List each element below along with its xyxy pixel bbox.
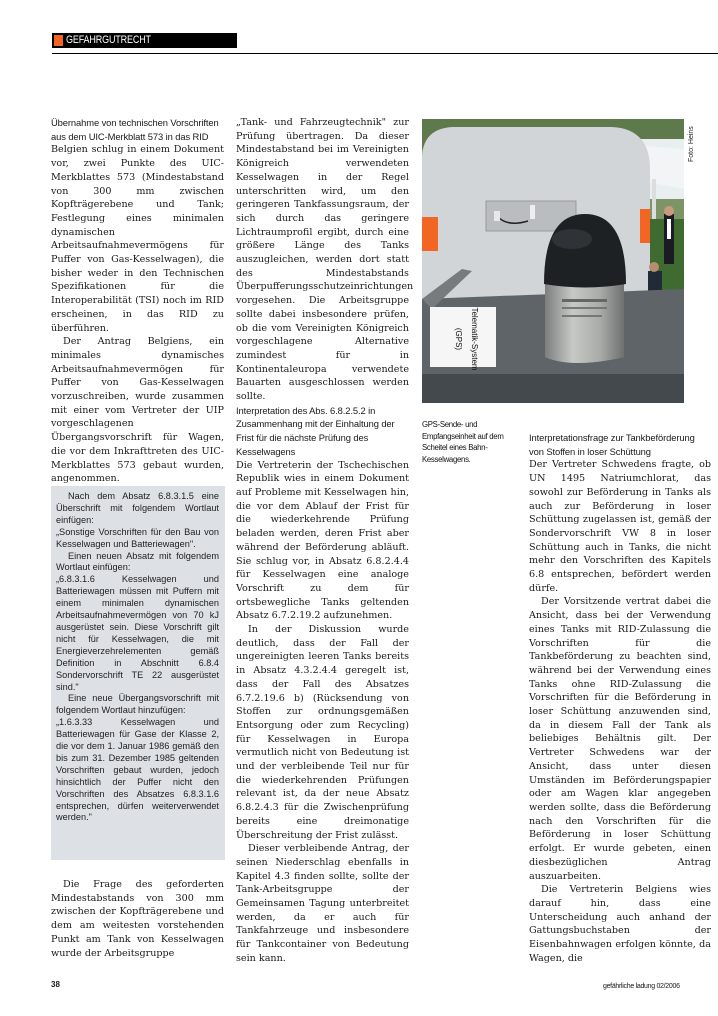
paragraph: Der Antrag Belgiens, ein minimales dynam…	[51, 335, 224, 486]
paragraph: „Tank- und Fahrzeugtechnik" zur Prüfung …	[236, 116, 409, 404]
subheading-interpretationsfrage: Interpretationsfrage zur Tankbeförderung…	[529, 431, 711, 458]
box-paragraph: Einen neuen Absatz mit folgendem Wortlau…	[56, 551, 219, 575]
paragraph: In der Diskussion wurde deutlich, dass d…	[236, 623, 409, 842]
header-rule	[52, 53, 718, 54]
column-3: Interpretationsfrage zur Tankbeförderung…	[529, 431, 711, 965]
paragraph: Die Vertreterin der Tschechischen Republ…	[236, 459, 409, 623]
paragraph: Der Vertreter Schwedens fragte, ob UN 14…	[529, 458, 711, 595]
paragraph: Die Frage des geforderten Mindestabstand…	[51, 878, 224, 960]
box-paragraph: „6.8.3.1.6 Kesselwagen und Batteriewagen…	[56, 574, 219, 693]
column-1: Übernahme von technischen Vorschriften a…	[51, 116, 224, 486]
column-2: „Tank- und Fahrzeugtechnik" zur Prüfung …	[236, 116, 409, 966]
gps-unit-image: Telematik-System (GPS)	[422, 119, 684, 403]
page-number: 38	[51, 980, 60, 989]
column-1-continued: Die Frage des geforderten Mindestabstand…	[51, 878, 224, 960]
publication-footer: gefährliche ladung 02/2006	[603, 983, 680, 990]
paragraph: Der Vorsitzende vertrat dabei die Ansich…	[529, 595, 711, 883]
regulation-text-box: Nach dem Absatz 6.8.3.1.5 eine Überschri…	[51, 486, 225, 860]
paragraph: Die Vertreterin Belgiens wies darauf hin…	[529, 883, 711, 965]
paragraph: Belgien schlug in einem Dokument vor, zw…	[51, 143, 224, 335]
gps-label: (GPS)	[454, 328, 463, 351]
section-accent-square	[54, 35, 63, 46]
subheading-uic-merkblatt: Übernahme von technischen Vorschriften a…	[51, 116, 224, 143]
box-paragraph: Eine neue Übergangsvorschrift mit folgen…	[56, 693, 219, 717]
section-label: GEFAHRGUTRECHT	[66, 33, 151, 48]
photo-caption: GPS-Sende- und Empfangseinheit auf dem S…	[422, 419, 522, 465]
box-paragraph: „Sonstige Vorschriften für den Bau von K…	[56, 527, 219, 551]
box-paragraph: „1.6.3.33 Kesselwagen und Batteriewagen …	[56, 717, 219, 824]
box-paragraph: Nach dem Absatz 6.8.3.1.5 eine Überschri…	[56, 491, 219, 527]
telematik-label: Telematik-System	[470, 307, 479, 370]
photo-gps-unit: Telematik-System (GPS)	[422, 119, 684, 403]
photo-credit: Foto: Heins	[688, 122, 698, 162]
section-header-bar: GEFAHRGUTRECHT	[52, 33, 237, 48]
subheading-interpretation-frist: Interpretation des Abs. 6.8.2.5.2 in Zus…	[236, 404, 409, 459]
paragraph: Dieser verbleibende Antrag, der seinen N…	[236, 842, 409, 965]
